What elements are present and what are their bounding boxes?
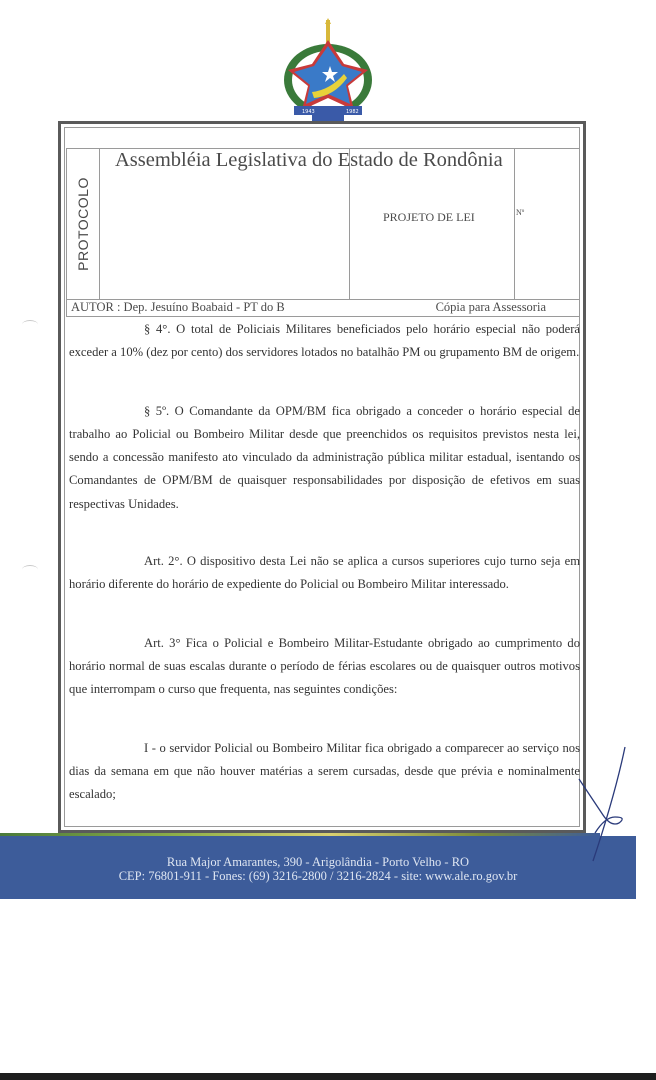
state-coat-of-arms-icon: 1943 1982 — [272, 18, 384, 124]
protocol-column: PROTOCOLO — [67, 149, 100, 299]
author-row: AUTOR : Dep. Jesuíno Boabaid - PT do B C… — [66, 300, 580, 317]
copy-note: Cópia para Assessoria — [436, 300, 546, 315]
paragraph-section-5: § 5º. O Comandante da OPM/BM fica obriga… — [69, 400, 580, 516]
punch-hole-mark — [22, 320, 38, 329]
document-body: § 4°. O total de Policiais Militares ben… — [69, 318, 580, 889]
author-label: AUTOR : Dep. Jesuíno Boabaid - PT do B — [71, 300, 285, 315]
footer-contact-info: CEP: 76801-911 - Fones: (69) 3216-2800 /… — [0, 869, 636, 883]
document-type-label: PROJETO DE LEI — [383, 210, 475, 225]
svg-text:1982: 1982 — [346, 109, 359, 115]
document-number-label: Nº — [516, 208, 524, 217]
handwritten-initials — [575, 745, 635, 865]
punch-hole-mark — [22, 565, 38, 574]
paragraph-article-2: Art. 2°. O dispositivo desta Lei não se … — [69, 550, 580, 597]
paragraph-article-3: Art. 3° Fica o Policial e Bombeiro Milit… — [69, 632, 580, 702]
paragraph-section-4: § 4°. O total de Policiais Militares ben… — [69, 318, 580, 365]
svg-text:1943: 1943 — [302, 109, 315, 115]
protocol-label: PROTOCOLO — [75, 177, 91, 271]
footer-contact: Rua Major Amarantes, 390 - Arigolândia -… — [0, 855, 636, 883]
paragraph-item-i: I - o servidor Policial ou Bombeiro Mili… — [69, 737, 580, 807]
scan-edge — [0, 1073, 656, 1080]
protocol-header-table: PROTOCOLO Assembléia Legislativa do Esta… — [66, 148, 580, 300]
footer-address: Rua Major Amarantes, 390 - Arigolândia -… — [0, 855, 636, 869]
institution-title: Assembléia Legislativa do Estado de Rond… — [115, 149, 503, 172]
